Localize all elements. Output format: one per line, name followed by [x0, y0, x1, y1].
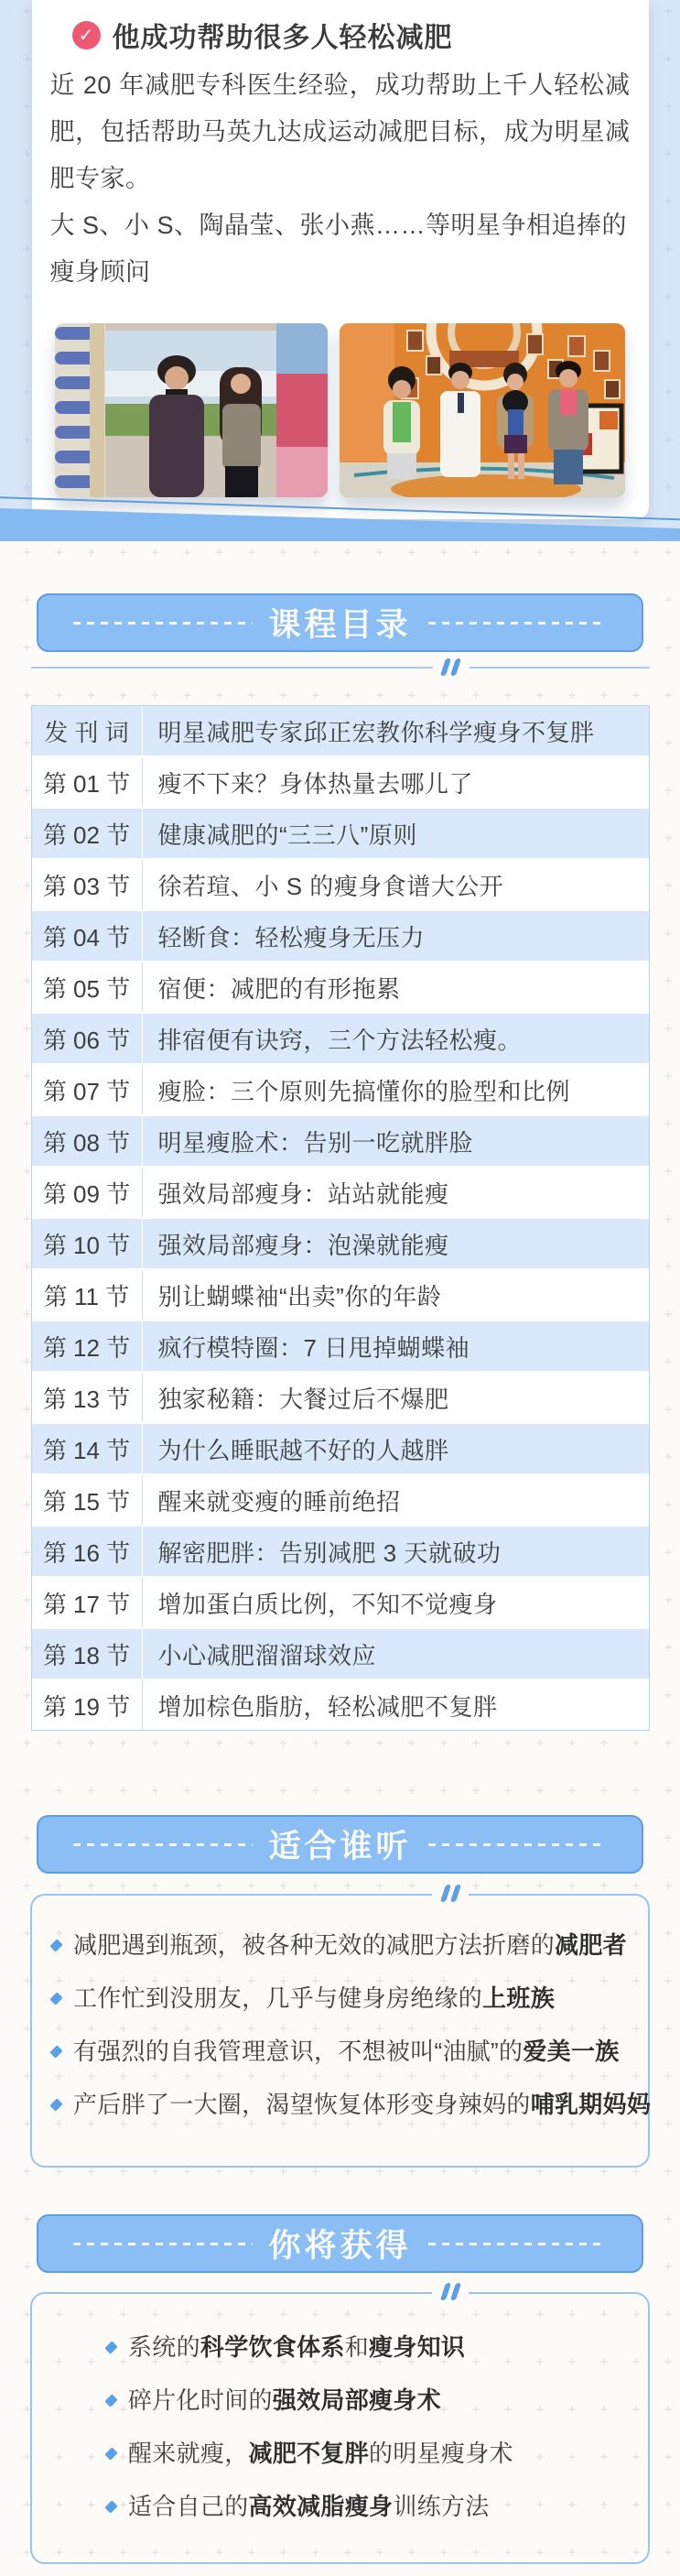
section-title-catalog: 课程目录 — [269, 600, 412, 646]
table-row: 第 13 节独家秘籍：大餐过后不爆肥 — [32, 1373, 649, 1424]
intro-paragraph: 近 20 年减肥专科医生经验，成功帮助上千人轻松减肥，包括帮助马英九达成运动减肥… — [50, 62, 631, 202]
table-row: 第 06 节排宿便有诀窍，三个方法轻松瘦。 — [32, 1014, 649, 1065]
list-item: 产后胖了一大圈，渴望恢复体形变身辣妈的哺乳期妈妈 — [52, 2090, 635, 2120]
photo-row — [47, 323, 634, 497]
table-row: 第 14 节为什么睡眠越不好的人越胖 — [32, 1424, 649, 1475]
double-quote-icon — [433, 658, 470, 676]
double-quote-icon — [432, 2283, 469, 2300]
list-item: 系统的科学饮食体系和瘦身知识 — [107, 2332, 635, 2363]
diamond-icon — [49, 2045, 62, 2058]
promo-page: ++++++++++++++++++++++++++++++++ +++++++… — [0, 0, 680, 2576]
table-row: 第 01 节瘦不下来？身体热量去哪儿了 — [32, 757, 649, 809]
table-row: 发 刊 词明星减肥专家邱正宏教你科学瘦身不复胖 — [32, 706, 649, 757]
catalog-divider — [31, 667, 650, 668]
intro-card: ✓ 他成功帮助很多人轻松减肥 近 20 年减肥专科医生经验，成功帮助上千人轻松减… — [32, 0, 649, 519]
list-item: 醒来就瘦，减肥不复胖的明星瘦身术 — [107, 2439, 635, 2469]
table-row: 第 03 节徐若瑄、小 S 的瘦身食谱大公开 — [32, 860, 649, 911]
list-item: 工作忙到没朋友，几乎与健身房绝缘的上班族 — [52, 1984, 635, 2014]
diamond-icon — [104, 2394, 117, 2407]
gains-list: 系统的科学饮食体系和瘦身知识 碎片化时间的强效局部瘦身术 醒来就瘦，减肥不复胖的… — [32, 2294, 648, 2522]
main-section: ++++++++++++++++++++++++++++++++ +++++++… — [0, 541, 680, 2576]
table-row: 第 18 节小心减肥溜溜球效应 — [32, 1629, 649, 1680]
photo-doctor-with-celebrity-art — [55, 323, 328, 497]
table-row: 第 08 节明星瘦脸术：告别一吃就胖脸 — [32, 1116, 649, 1168]
dash-line-left — [73, 1843, 253, 1846]
list-item: 有强烈的自我管理意识，不想被叫“油腻”的爱美一族 — [52, 2037, 635, 2067]
catalog-table: 发 刊 词明星减肥专家邱正宏教你科学瘦身不复胖 第 01 节瘦不下来？身体热量去… — [31, 705, 650, 1731]
diamond-icon — [104, 2500, 117, 2513]
photo-doctor-with-celebrity — [55, 323, 328, 497]
diamond-icon — [49, 2098, 62, 2111]
table-row: 第 09 节强效局部瘦身：站站就能瘦 — [32, 1168, 649, 1219]
table-row: 第 05 节宿便：减肥的有形拖累 — [32, 962, 649, 1014]
table-row: 第 10 节强效局部瘦身：泡澡就能瘦 — [32, 1219, 649, 1270]
check-circle-icon: ✓ — [72, 21, 101, 49]
section-header-gains: 你将获得 — [37, 2214, 643, 2273]
table-row: 第 19 节增加棕色脂肪，轻松减肥不复胖 — [32, 1680, 649, 1730]
table-row: 第 04 节轻断食：轻松瘦身无压力 — [32, 911, 649, 962]
dash-line-left — [73, 2243, 253, 2245]
table-row: 第 11 节别让蝴蝶袖“出卖”你的年龄 — [32, 1270, 649, 1321]
dash-line-left — [73, 622, 253, 625]
dash-line-right — [428, 622, 608, 625]
audience-list: 减肥遇到瓶颈，被各种无效的减肥方法折磨的减肥者 工作忙到没朋友，几乎与健身房绝缘… — [32, 1896, 648, 2120]
dash-line-right — [428, 2243, 608, 2245]
hero-section: ++++++++++++++++++++++++++++++++ +++++++… — [0, 0, 680, 541]
dash-line-right — [428, 1843, 608, 1846]
diamond-icon — [49, 1939, 62, 1951]
table-row: 第 15 节醒来就变瘦的睡前绝招 — [32, 1475, 649, 1527]
photo-tv-show-group — [340, 323, 625, 497]
audience-box: 减肥遇到瓶颈，被各种无效的减肥方法折磨的减肥者 工作忙到没朋友，几乎与健身房绝缘… — [30, 1894, 650, 2168]
list-item: 减肥遇到瓶颈，被各种无效的减肥方法折磨的减肥者 — [52, 1930, 635, 1961]
section-header-catalog: 课程目录 — [37, 593, 643, 652]
section-title-gains: 你将获得 — [269, 2221, 412, 2266]
list-item: 适合自己的高效减脂瘦身训练方法 — [107, 2492, 635, 2522]
table-row: 第 07 节瘦脸：三个原则先搞懂你的脸型和比例 — [32, 1065, 649, 1116]
section-title-audience: 适合谁听 — [269, 1821, 412, 1867]
photo-tv-show-group-art — [340, 323, 625, 497]
intro-title-row: ✓ 他成功帮助很多人轻松减肥 — [72, 15, 634, 55]
table-row: 第 17 节增加蛋白质比例，不知不觉瘦身 — [32, 1578, 649, 1629]
double-quote-icon — [432, 1885, 469, 1902]
diamond-icon — [104, 2341, 117, 2353]
list-item: 碎片化时间的强效局部瘦身术 — [107, 2386, 635, 2416]
section-header-audience: 适合谁听 — [37, 1815, 643, 1874]
table-row: 第 12 节疯行模特圈：7 日甩掉蝴蝶袖 — [32, 1321, 649, 1373]
table-row: 第 16 节解密肥胖：告别减肥 3 天就破功 — [32, 1527, 649, 1578]
diamond-icon — [49, 1992, 62, 2005]
gains-box: 系统的科学饮食体系和瘦身知识 碎片化时间的强效局部瘦身术 醒来就瘦，减肥不复胖的… — [30, 2292, 650, 2564]
intro-paragraph-2: 大 S、小 S、陶晶莹、张小燕……等明星争相追捧的瘦身顾问 — [50, 202, 631, 296]
intro-title: 他成功帮助很多人轻松减肥 — [113, 15, 453, 55]
table-row: 第 02 节健康减肥的“三三八”原则 — [32, 809, 649, 860]
diamond-icon — [104, 2447, 117, 2460]
